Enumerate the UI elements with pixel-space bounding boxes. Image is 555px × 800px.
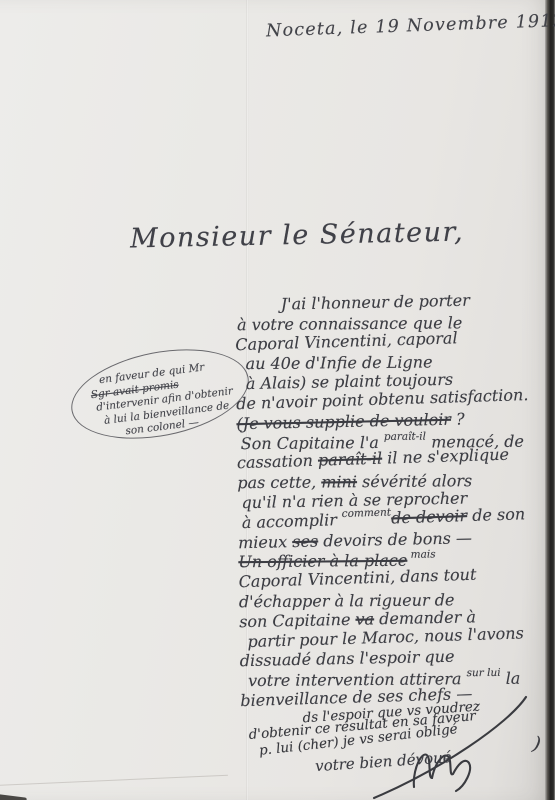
handwritten-text: dissuadé dans l'espoir que — [240, 647, 455, 670]
handwritten-text: de son — [467, 504, 526, 525]
struck-text: (Je vous supplie de vouloir — [236, 410, 451, 433]
handwritten-text: cassation — [237, 451, 319, 473]
struck-text: mini — [321, 472, 357, 491]
inserted-text: sur lui — [466, 667, 500, 679]
handwritten-text: ? — [451, 409, 465, 428]
handwritten-text: pas cette, — [237, 473, 321, 493]
scanned-letter: Noceta, le 19 Novembre 1912. Monsieur le… — [0, 0, 555, 800]
inserted-text: comment — [342, 506, 392, 520]
signature-paraph — [356, 694, 548, 800]
struck-text: de devoir — [391, 506, 468, 527]
handwritten-text: à accomplir — [242, 510, 343, 532]
corner-shadow — [0, 794, 27, 800]
bottom-crease — [0, 775, 228, 786]
margin-note: en faveur de qui MrSgr avait promisd'int… — [98, 358, 237, 441]
handwritten-text: devoirs de bons — — [318, 528, 472, 550]
inserted-text: paraît-il — [384, 430, 426, 442]
inserted-text: mais — [407, 549, 435, 561]
handwritten-text: J'ai l'honneur de porter — [281, 291, 470, 314]
handwritten-text: il ne s'explique — [382, 445, 509, 468]
body-line: J'ai l'honneur de porter — [281, 289, 551, 314]
struck-text: paraît-il — [318, 449, 383, 470]
date-line: Noceta, le 19 Novembre 1912. — [266, 11, 555, 42]
salutation: Monsieur le Sénateur, — [130, 217, 465, 255]
struck-text: va — [355, 609, 374, 628]
struck-text: ses — [292, 531, 318, 551]
handwritten-text: son Capitaine — [239, 610, 356, 631]
handwritten-text: mieux — [238, 532, 293, 552]
